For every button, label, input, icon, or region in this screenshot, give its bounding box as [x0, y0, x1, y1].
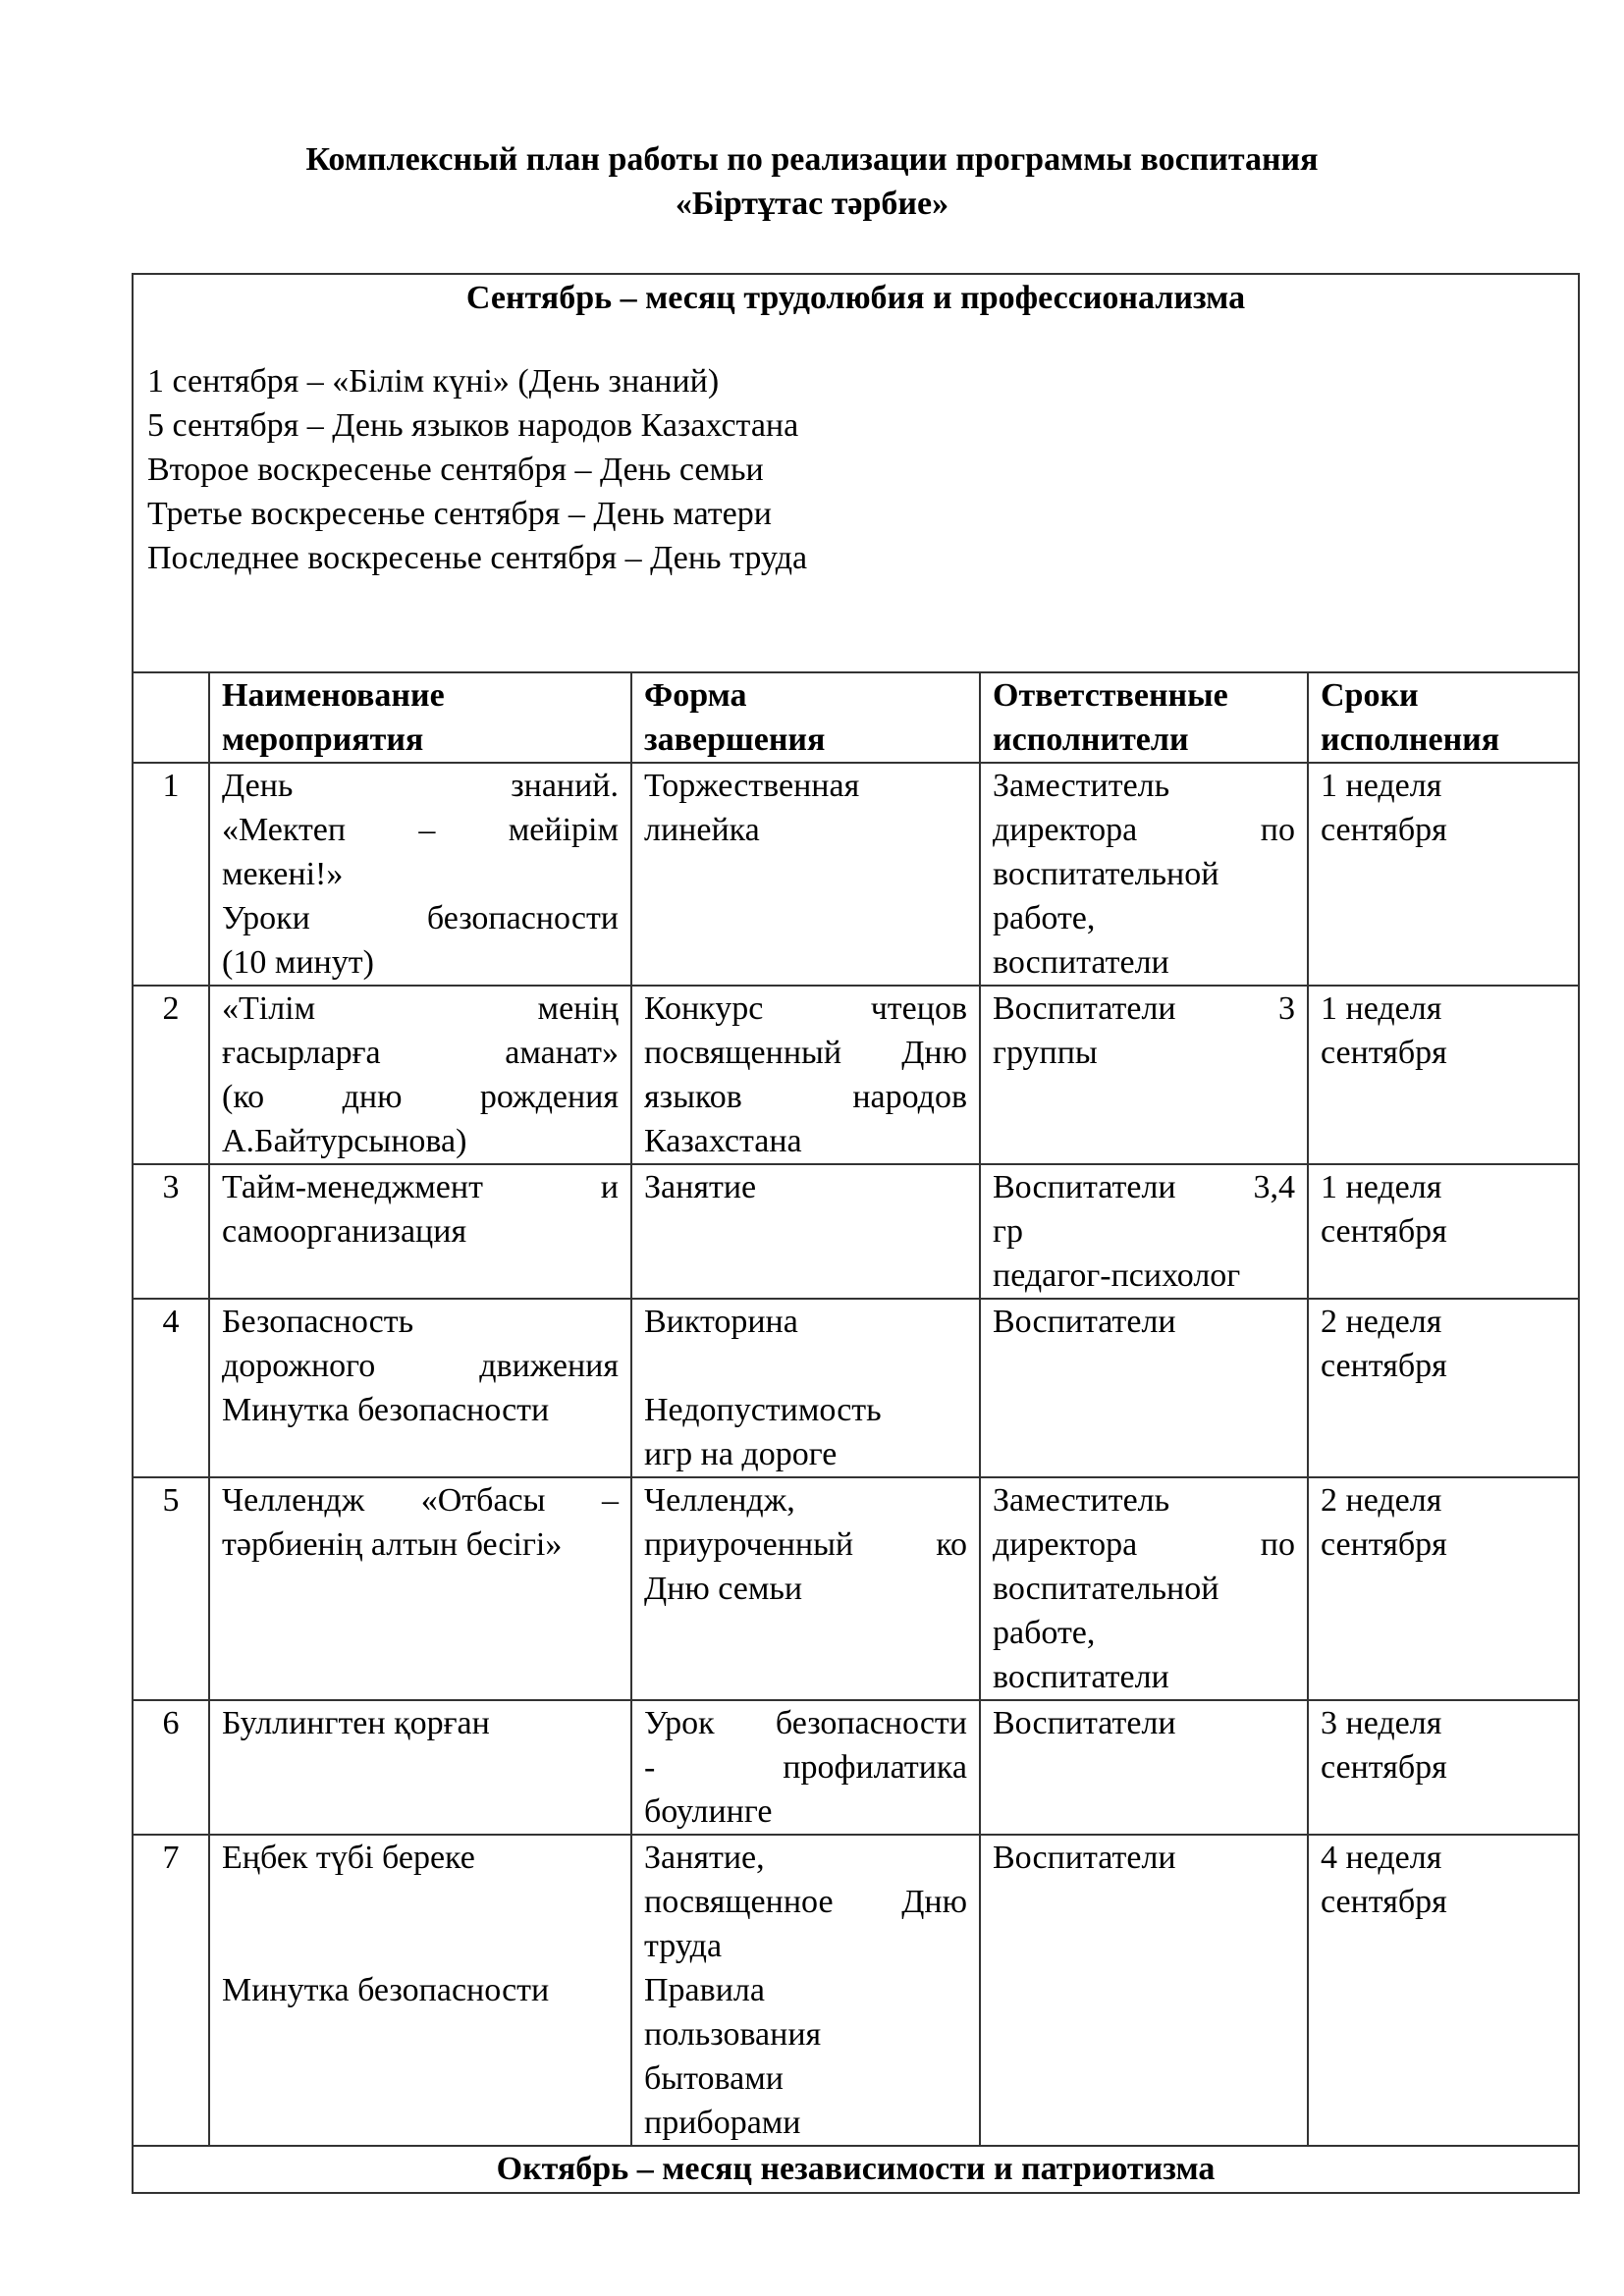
cell-line: Воспитатели [993, 1300, 1295, 1344]
cell-line: Заместитель [993, 1478, 1295, 1522]
cell-line: (10 минут) [222, 940, 619, 985]
cell-line: Тайм-менеджмент и [222, 1165, 619, 1209]
cell-line: Минутка безопасности [222, 1388, 619, 1432]
cell-line: линейка [644, 808, 967, 852]
cell-line: Викторина [644, 1300, 967, 1344]
cell-resp: Заместительдиректора повоспитательнойраб… [980, 763, 1308, 986]
october-section: Октябрь – месяц независимости и патриоти… [133, 2146, 1579, 2193]
table-row: 7Еңбек түбі берекеМинутка безопасностиЗа… [133, 1835, 1579, 2146]
cell-name: Буллингтен қорған [209, 1700, 631, 1835]
table-row: 4Безопасностьдорожного движенияМинутка б… [133, 1299, 1579, 1477]
cell-line: Воспитатели [993, 1701, 1295, 1745]
cell-deadline: 1 неделясентября [1308, 763, 1579, 986]
cell-line: Казахстана [644, 1119, 967, 1163]
header-form: Форма завершения [631, 672, 980, 763]
cell-line: ғасырларға аманат» [222, 1031, 619, 1075]
table-row: 6Буллингтен қорғанУрок безопасности- про… [133, 1700, 1579, 1835]
cell-line: (ко дню рождения [222, 1075, 619, 1119]
cell-line: Минутка безопасности [222, 1968, 619, 2012]
document-title: Комплексный план работы по реализации пр… [0, 137, 1624, 226]
cell-line: Безопасность [222, 1300, 619, 1344]
cell-line: самоорганизация [222, 1209, 619, 1254]
cell-line: сентября [1321, 1344, 1566, 1388]
cell-line: Челлендж «Отбасы – [222, 1478, 619, 1522]
cell-resp: Заместительдиректора повоспитательнойраб… [980, 1477, 1308, 1700]
september-heading: Сентябрь – месяц трудолюбия и профессион… [147, 276, 1564, 320]
cell-line: Заместитель [993, 764, 1295, 808]
cell-line: дорожного движения [222, 1344, 619, 1388]
row-number: 7 [133, 1835, 209, 2146]
cell-form: Челлендж,приуроченный коДню семьи [631, 1477, 980, 1700]
cell-line: Воспитатели 3 [993, 987, 1295, 1031]
cell-deadline: 1 неделясентября [1308, 986, 1579, 1164]
table-row: 1День знаний.«Мектеп – мейіріммекені!»Ур… [133, 763, 1579, 986]
cell-line: посвященное Дню [644, 1880, 967, 1924]
cell-line: - профилатика [644, 1745, 967, 1789]
cell-form: Торжественнаялинейка [631, 763, 980, 986]
cell-line [644, 1344, 967, 1388]
cell-line: Конкурс чтецов [644, 987, 967, 1031]
cell-line: «Мектеп – мейірім [222, 808, 619, 852]
cell-line: сентября [1321, 1880, 1566, 1924]
cell-line: педагог-психолог [993, 1254, 1295, 1298]
cell-line: А.Байтурсынова) [222, 1119, 619, 1163]
september-date-item: 5 сентября – День языков народов Казахст… [147, 403, 1564, 448]
cell-line: Воспитатели 3,4 [993, 1165, 1295, 1209]
cell-line: воспитатели [993, 1655, 1295, 1699]
september-dates-list: 1 сентября – «Білім күні» (День знаний)5… [147, 359, 1564, 580]
cell-line: 4 неделя [1321, 1836, 1566, 1880]
cell-line: боулинге [644, 1789, 967, 1834]
cell-line: воспитательной [993, 1567, 1295, 1611]
cell-line: воспитательной [993, 852, 1295, 896]
cell-line: сентября [1321, 1209, 1566, 1254]
september-date-item: 1 сентября – «Білім күні» (День знаний) [147, 359, 1564, 403]
cell-resp: Воспитатели [980, 1835, 1308, 2146]
table-row: 2«Тілім меніңғасырларға аманат»(ко дню р… [133, 986, 1579, 1164]
cell-resp: Воспитатели 3,4грпедагог-психолог [980, 1164, 1308, 1299]
cell-deadline: 2 неделясентября [1308, 1477, 1579, 1700]
september-date-item: Последнее воскресенье сентября – День тр… [147, 536, 1564, 580]
cell-line: Урок безопасности [644, 1701, 967, 1745]
cell-name: Безопасностьдорожного движенияМинутка бе… [209, 1299, 631, 1477]
cell-line: работе, [993, 896, 1295, 940]
cell-line: сентября [1321, 1522, 1566, 1567]
cell-deadline: 2 неделясентября [1308, 1299, 1579, 1477]
row-number: 1 [133, 763, 209, 986]
cell-name: Челлендж «Отбасы –тәрбиенің алтын бесігі… [209, 1477, 631, 1700]
cell-line: Недопустимость [644, 1388, 967, 1432]
cell-line: Дню семьи [644, 1567, 967, 1611]
cell-line: Воспитатели [993, 1836, 1295, 1880]
october-heading: Октябрь – месяц независимости и патриоти… [133, 2146, 1579, 2193]
cell-resp: Воспитатели [980, 1700, 1308, 1835]
cell-resp: Воспитатели [980, 1299, 1308, 1477]
cell-line [222, 1924, 619, 1968]
row-number: 4 [133, 1299, 209, 1477]
row-number: 5 [133, 1477, 209, 1700]
header-name: Наименование мероприятия [209, 672, 631, 763]
cell-line: 1 неделя [1321, 987, 1566, 1031]
cell-line: Торжественная [644, 764, 967, 808]
cell-line: труда [644, 1924, 967, 1968]
cell-resp: Воспитатели 3группы [980, 986, 1308, 1164]
cell-form: ВикторинаНедопустимостьигр на дороге [631, 1299, 980, 1477]
september-date-item: Третье воскресенье сентября – День матер… [147, 492, 1564, 536]
cell-name: Тайм-менеджмент исамоорганизация [209, 1164, 631, 1299]
table-header-row: Наименование мероприятия Форма завершени… [133, 672, 1579, 763]
cell-line: 2 неделя [1321, 1478, 1566, 1522]
cell-line: директора по [993, 1522, 1295, 1567]
title-line-2: «Біртұтас тәрбие» [0, 182, 1624, 226]
cell-line: тәрбиенің алтын бесігі» [222, 1522, 619, 1567]
cell-name: Еңбек түбі берекеМинутка безопасности [209, 1835, 631, 2146]
cell-form: Урок безопасности- профилатикабоулинге [631, 1700, 980, 1835]
plan-table: Сентябрь – месяц трудолюбия и профессион… [132, 273, 1580, 2194]
cell-line: группы [993, 1031, 1295, 1075]
cell-line: бытовами [644, 2056, 967, 2101]
cell-line: 2 неделя [1321, 1300, 1566, 1344]
cell-deadline: 1 неделясентября [1308, 1164, 1579, 1299]
cell-line: Занятие, [644, 1836, 967, 1880]
cell-line: День знаний. [222, 764, 619, 808]
row-number: 2 [133, 986, 209, 1164]
cell-deadline: 3 неделясентября [1308, 1700, 1579, 1835]
row-number: 3 [133, 1164, 209, 1299]
cell-name: День знаний.«Мектеп – мейіріммекені!»Уро… [209, 763, 631, 986]
cell-line: Правила [644, 1968, 967, 2012]
cell-line: 3 неделя [1321, 1701, 1566, 1745]
cell-line: посвященный Дню [644, 1031, 967, 1075]
september-section: Сентябрь – месяц трудолюбия и профессион… [133, 274, 1579, 672]
cell-line: сентября [1321, 808, 1566, 852]
cell-line: гр [993, 1209, 1295, 1254]
cell-line: директора по [993, 808, 1295, 852]
september-date-item: Второе воскресенье сентября – День семьи [147, 448, 1564, 492]
cell-line: игр на дороге [644, 1432, 967, 1476]
cell-line: «Тілім менің [222, 987, 619, 1031]
cell-line: приуроченный ко [644, 1522, 967, 1567]
header-deadline: Сроки исполнения [1308, 672, 1579, 763]
cell-line: 1 неделя [1321, 764, 1566, 808]
cell-line: 1 неделя [1321, 1165, 1566, 1209]
cell-line: Буллингтен қорған [222, 1701, 619, 1745]
cell-line: сентября [1321, 1745, 1566, 1789]
cell-line: пользования [644, 2012, 967, 2056]
table-row: 5Челлендж «Отбасы –тәрбиенің алтын бесіг… [133, 1477, 1579, 1700]
title-line-1: Комплексный план работы по реализации пр… [0, 137, 1624, 182]
header-num [133, 672, 209, 763]
cell-deadline: 4 неделясентября [1308, 1835, 1579, 2146]
cell-line: мекені!» [222, 852, 619, 896]
cell-line [222, 1880, 619, 1924]
header-responsible: Ответственные исполнители [980, 672, 1308, 763]
cell-form: Занятие [631, 1164, 980, 1299]
cell-line: Челлендж, [644, 1478, 967, 1522]
cell-line: приборами [644, 2101, 967, 2145]
cell-line: работе, [993, 1611, 1295, 1655]
cell-line: Занятие [644, 1165, 967, 1209]
table-row: 3Тайм-менеджмент исамоорганизацияЗанятие… [133, 1164, 1579, 1299]
cell-line: Уроки безопасности [222, 896, 619, 940]
cell-form: Конкурс чтецовпосвященный Днюязыков наро… [631, 986, 980, 1164]
cell-line: Еңбек түбі береке [222, 1836, 619, 1880]
row-number: 6 [133, 1700, 209, 1835]
cell-line: воспитатели [993, 940, 1295, 985]
cell-form: Занятие,посвященное ДнютрудаПравилапольз… [631, 1835, 980, 2146]
cell-line: языков народов [644, 1075, 967, 1119]
september-cell: Сентябрь – месяц трудолюбия и профессион… [133, 274, 1579, 672]
cell-name: «Тілім меніңғасырларға аманат»(ко дню ро… [209, 986, 631, 1164]
cell-line: сентября [1321, 1031, 1566, 1075]
